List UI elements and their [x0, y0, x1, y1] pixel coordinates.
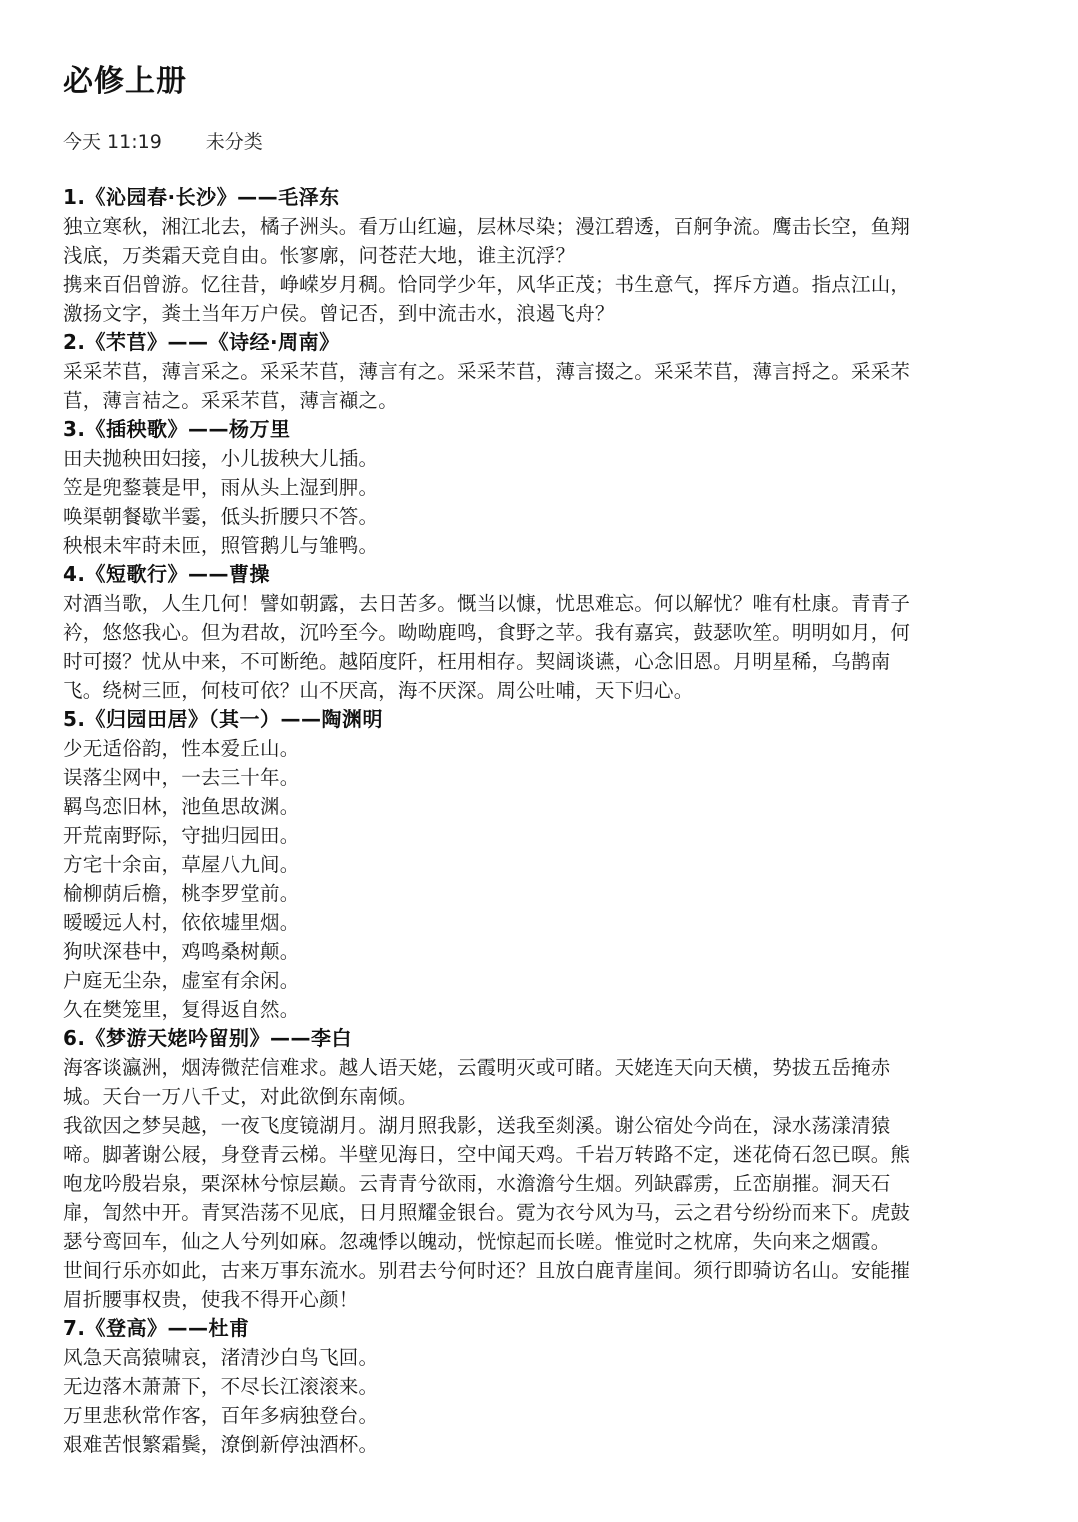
poem-section: 7.《登高》——杜甫风急天高猿啸哀，渚清沙白鸟飞回。无边落木萧萧下，不尽长江滚滚… [63, 1314, 1023, 1459]
poem-line: 携来百侣曾游。忆往昔，峥嵘岁月稠。恰同学少年，风华正茂；书生意气，挥斥方遒。指点… [63, 270, 1023, 299]
poem-line: 扉，訇然中开。青冥浩荡不见底，日月照耀金银台。霓为衣兮风为马，云之君兮纷纷而来下… [63, 1198, 1023, 1227]
poem-line: 无边落木萧萧下，不尽长江滚滚来。 [63, 1372, 1023, 1401]
poem-line: 苢，薄言袺之。采采芣苢，薄言襭之。 [63, 386, 1023, 415]
note-body[interactable]: 1.《沁园春·长沙》——毛泽东独立寒秋，湘江北去，橘子洲头。看万山红遍，层林尽染… [63, 183, 1023, 1459]
poem-line: 万里悲秋常作客，百年多病独登台。 [63, 1401, 1023, 1430]
poem-line: 采采芣苢，薄言采之。采采芣苢，薄言有之。采采芣苢，薄言掇之。采采芣苢，薄言捋之。… [63, 357, 1023, 386]
poem-heading: 5.《归园田居》（其一）——陶渊明 [63, 705, 1023, 734]
poem-line: 咆龙吟殷岩泉，栗深林兮惊层巅。云青青兮欲雨，水澹澹兮生烟。列缺霹雳，丘峦崩摧。洞… [63, 1169, 1023, 1198]
poem-line: 浅底，万类霜天竞自由。怅寥廓，问苍茫大地，谁主沉浮？ [63, 241, 1023, 270]
poem-heading: 2.《芣苢》——《诗经·周南》 [63, 328, 1023, 357]
poem-line: 我欲因之梦吴越，一夜飞度镜湖月。湖月照我影，送我至剡溪。谢公宿处今尚在，渌水荡漾… [63, 1111, 1023, 1140]
poem-line: 羁鸟恋旧林，池鱼思故渊。 [63, 792, 1023, 821]
poem-line: 时可掇？忧从中来，不可断绝。越陌度阡，枉用相存。契阔谈䜩，心念旧恩。月明星稀，乌… [63, 647, 1023, 676]
poem-heading: 1.《沁园春·长沙》——毛泽东 [63, 183, 1023, 212]
poem-section: 4.《短歌行》——曹操对酒当歌，人生几何！譬如朝露，去日苦多。慨当以慷，忧思难忘… [63, 560, 1023, 705]
poem-section: 5.《归园田居》（其一）——陶渊明少无适俗韵，性本爱丘山。误落尘网中，一去三十年… [63, 705, 1023, 1024]
poem-line: 暧暧远人村，依依墟里烟。 [63, 908, 1023, 937]
poem-line: 城。天台一万八千丈，对此欲倒东南倾。 [63, 1082, 1023, 1111]
poem-section: 6.《梦游天姥吟留别》——李白海客谈瀛洲，烟涛微茫信难求。越人语天姥，云霞明灭或… [63, 1024, 1023, 1314]
poem-line: 独立寒秋，湘江北去，橘子洲头。看万山红遍，层林尽染；漫江碧透，百舸争流。鹰击长空… [63, 212, 1023, 241]
note-title[interactable]: 必修上册 [63, 62, 187, 102]
poem-line: 激扬文字，粪土当年万户侯。曾记否，到中流击水，浪遏飞舟？ [63, 299, 1023, 328]
poem-line: 唤渠朝餐歇半霎，低头折腰只不答。 [63, 502, 1023, 531]
note-category[interactable]: 未分类 [206, 131, 263, 153]
note-meta: 今天 11:19未分类 [63, 128, 263, 156]
poem-line: 方宅十余亩，草屋八九间。 [63, 850, 1023, 879]
poem-line: 衿，悠悠我心。但为君故，沉吟至今。呦呦鹿鸣，食野之苹。我有嘉宾，鼓瑟吹笙。明明如… [63, 618, 1023, 647]
poem-line: 啼。脚著谢公屐，身登青云梯。半壁见海日，空中闻天鸡。千岩万转路不定，迷花倚石忽已… [63, 1140, 1023, 1169]
poem-section: 2.《芣苢》——《诗经·周南》采采芣苢，薄言采之。采采芣苢，薄言有之。采采芣苢，… [63, 328, 1023, 415]
poem-line: 误落尘网中，一去三十年。 [63, 763, 1023, 792]
poem-line: 狗吠深巷中，鸡鸣桑树颠。 [63, 937, 1023, 966]
poem-line: 开荒南野际，守拙归园田。 [63, 821, 1023, 850]
poem-line: 笠是兜鍪蓑是甲，雨从头上湿到胛。 [63, 473, 1023, 502]
poem-heading: 6.《梦游天姥吟留别》——李白 [63, 1024, 1023, 1053]
poem-line: 榆柳荫后檐，桃李罗堂前。 [63, 879, 1023, 908]
note-date: 今天 11:19 [63, 131, 162, 153]
poem-line: 对酒当歌，人生几何！譬如朝露，去日苦多。慨当以慷，忧思难忘。何以解忧？唯有杜康。… [63, 589, 1023, 618]
poem-line: 艰难苦恨繁霜鬓，潦倒新停浊酒杯。 [63, 1430, 1023, 1459]
poem-section: 3.《插秧歌》——杨万里田夫抛秧田妇接，小儿拔秧大儿插。笠是兜鍪蓑是甲，雨从头上… [63, 415, 1023, 560]
poem-line: 瑟兮鸾回车，仙之人兮列如麻。忽魂悸以魄动，恍惊起而长嗟。惟觉时之枕席，失向来之烟… [63, 1227, 1023, 1256]
poem-line: 风急天高猿啸哀，渚清沙白鸟飞回。 [63, 1343, 1023, 1372]
poem-line: 飞。绕树三匝，何枝可依？山不厌高，海不厌深。周公吐哺，天下归心。 [63, 676, 1023, 705]
poem-line: 户庭无尘杂，虚室有余闲。 [63, 966, 1023, 995]
poem-line: 世间行乐亦如此，古来万事东流水。别君去兮何时还？且放白鹿青崖间。须行即骑访名山。… [63, 1256, 1023, 1285]
poem-heading: 7.《登高》——杜甫 [63, 1314, 1023, 1343]
poem-section: 1.《沁园春·长沙》——毛泽东独立寒秋，湘江北去，橘子洲头。看万山红遍，层林尽染… [63, 183, 1023, 328]
poem-line: 秧根未牢莳未匝，照管鹅儿与雏鸭。 [63, 531, 1023, 560]
poem-line: 田夫抛秧田妇接，小儿拔秧大儿插。 [63, 444, 1023, 473]
poem-heading: 4.《短歌行》——曹操 [63, 560, 1023, 589]
poem-line: 少无适俗韵，性本爱丘山。 [63, 734, 1023, 763]
poem-line: 眉折腰事权贵，使我不得开心颜！ [63, 1285, 1023, 1314]
poem-line: 海客谈瀛洲，烟涛微茫信难求。越人语天姥，云霞明灭或可睹。天姥连天向天横，势拔五岳… [63, 1053, 1023, 1082]
poem-line: 久在樊笼里，复得返自然。 [63, 995, 1023, 1024]
poem-heading: 3.《插秧歌》——杨万里 [63, 415, 1023, 444]
